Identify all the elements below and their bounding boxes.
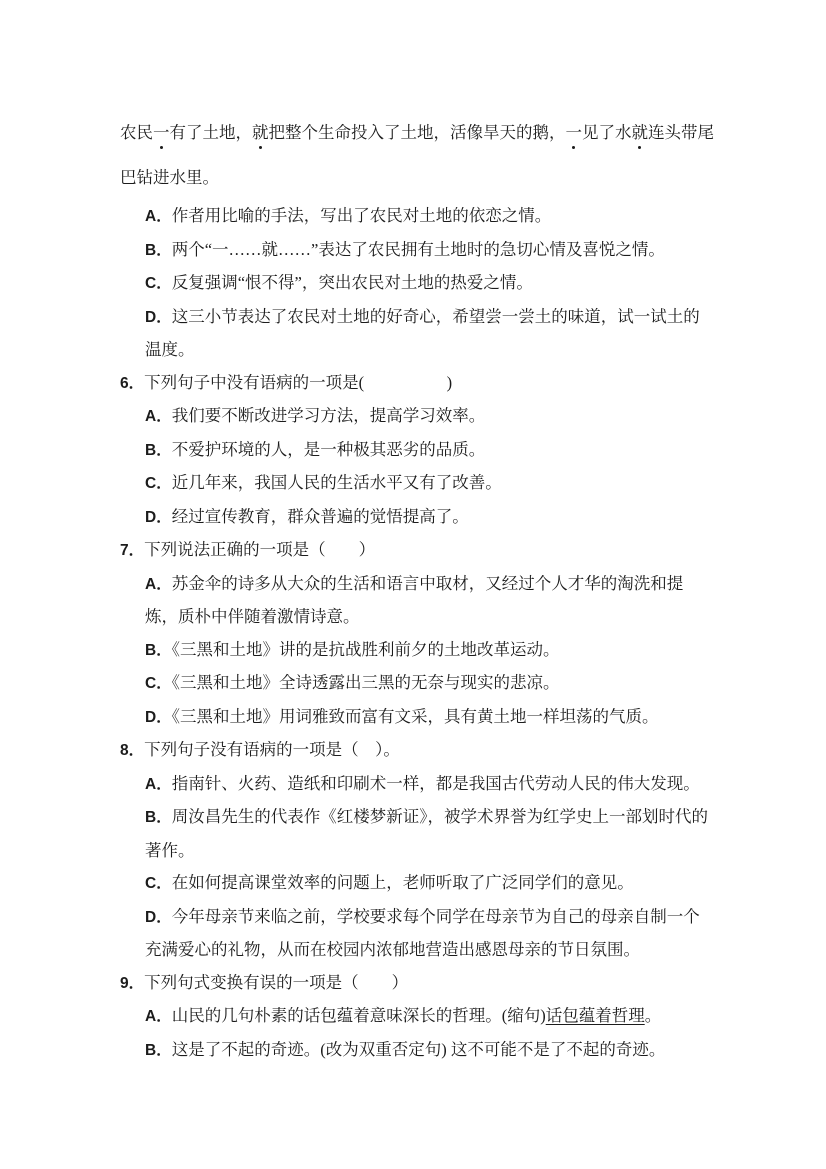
option-7d: D．《三黑和土地》用词雅致而富有文采，具有黄土地一样坦荡的气质。 bbox=[145, 701, 709, 735]
option-label: D． bbox=[145, 709, 172, 726]
question-number: 6． bbox=[120, 375, 144, 392]
stem-text: 下列句式变换有误的一项是（ ） bbox=[144, 973, 408, 992]
option-5c: C．反复强调“恨不得”，突出农民对土地的热爱之情。 bbox=[145, 267, 709, 301]
stem-text: 下列句子中没有语病的一项是( ) bbox=[144, 373, 452, 392]
stem-text: 下列说法正确的一项是（ ） bbox=[144, 540, 375, 559]
option-text: 在如何提高课堂效率的问题上，老师听取了广泛同学们的意见。 bbox=[172, 873, 634, 892]
option-7c: C．《三黑和土地》全诗透露出三黑的无奈与现实的悲凉。 bbox=[145, 667, 709, 701]
option-text: 山民的几句朴素的话包蕴着意味深长的哲理。(缩句) bbox=[172, 1006, 546, 1025]
passage-emphasized-char: 一 bbox=[566, 123, 583, 142]
option-text: 这三小节表达了农民对土地的好奇心，希望尝一尝土的味道，试一试土的温度。 bbox=[145, 307, 700, 360]
option-label: B． bbox=[145, 242, 172, 259]
passage-text: 见了水 bbox=[582, 123, 632, 142]
option-label: A． bbox=[145, 408, 172, 425]
option-label: C． bbox=[145, 875, 172, 892]
option-text: 不爱护环境的人，是一种极其恶劣的品质。 bbox=[172, 440, 486, 459]
option-text: 两个“一……就……”表达了农民拥有土地时的急切心情及喜悦之情。 bbox=[172, 240, 665, 259]
question-number: 8． bbox=[120, 742, 144, 759]
option-text: 今年母亲节来临之前，学校要求每个同学在母亲节为自己的母亲自制一个充满爱心的礼物，… bbox=[145, 907, 700, 960]
option-text: 反复强调“恨不得”，突出农民对土地的热爱之情。 bbox=[172, 273, 533, 292]
option-text: 作者用比喻的手法，写出了农民对土地的依恋之情。 bbox=[172, 206, 552, 225]
question-6-stem: 6．下列句子中没有语病的一项是( ) bbox=[120, 367, 718, 401]
option-label: A． bbox=[145, 576, 172, 593]
question-8-stem: 8．下列句子没有语病的一项是（ ）。 bbox=[120, 734, 718, 768]
option-9a: A．山民的几句朴素的话包蕴着意味深长的哲理。(缩句)话包蕴着哲理。 bbox=[145, 1000, 709, 1034]
option-text: 近几年来，我国人民的生活水平又有了改善。 bbox=[172, 473, 502, 492]
question-9-stem: 9．下列句式变换有误的一项是（ ） bbox=[120, 967, 718, 1001]
option-label: B． bbox=[145, 1042, 172, 1059]
option-7a: A．苏金伞的诗多从大众的生活和语言中取材，又经过个人才华的淘洗和提炼，质朴中伴随… bbox=[145, 568, 709, 634]
stem-text: 下列句子没有语病的一项是（ ）。 bbox=[144, 740, 400, 759]
question-number: 7． bbox=[120, 542, 144, 559]
passage-emphasized-char: 就 bbox=[632, 123, 649, 142]
option-label: A． bbox=[145, 208, 172, 225]
option-text: 。 bbox=[645, 1006, 662, 1025]
option-label: D． bbox=[145, 509, 172, 526]
option-8a: A．指南针、火药、造纸和印刷术一样，都是我国古代劳动人民的伟大发现。 bbox=[145, 768, 709, 802]
option-text: 苏金伞的诗多从大众的生活和语言中取材，又经过个人才华的淘洗和提炼，质朴中伴随着激… bbox=[145, 574, 683, 627]
option-label: A． bbox=[145, 1008, 172, 1025]
question-number: 9． bbox=[120, 975, 144, 992]
option-text: 《三黑和土地》讲的是抗战胜利前夕的土地改革运动。 bbox=[172, 640, 560, 659]
option-text: 这是了不起的奇迹。(改为双重否定句) 这不可能不是了不起的奇迹。 bbox=[172, 1040, 666, 1059]
option-6b: B．不爱护环境的人，是一种极其恶劣的品质。 bbox=[145, 434, 709, 468]
option-label: C． bbox=[145, 275, 172, 292]
option-6c: C．近几年来，我国人民的生活水平又有了改善。 bbox=[145, 467, 709, 501]
option-7b: B．《三黑和土地》讲的是抗战胜利前夕的土地改革运动。 bbox=[145, 634, 709, 668]
option-5b: B．两个“一……就……”表达了农民拥有土地时的急切心情及喜悦之情。 bbox=[145, 234, 709, 268]
option-text: 经过宣传教育，群众普遍的觉悟提高了。 bbox=[172, 507, 469, 526]
option-label: D． bbox=[145, 909, 172, 926]
question-7-stem: 7．下列说法正确的一项是（ ） bbox=[120, 534, 718, 568]
option-text: 指南针、火药、造纸和印刷术一样，都是我国古代劳动人民的伟大发现。 bbox=[172, 774, 700, 793]
option-8c: C．在如何提高课堂效率的问题上，老师听取了广泛同学们的意见。 bbox=[145, 867, 709, 901]
option-8d: D．今年母亲节来临之前，学校要求每个同学在母亲节为自己的母亲自制一个充满爱心的礼… bbox=[145, 901, 709, 967]
option-5d: D．这三小节表达了农民对土地的好奇心，希望尝一尝土的味道，试一试土的温度。 bbox=[145, 301, 709, 367]
passage: 农民一有了土地，就把整个生命投入了土地，活像旱天的鹅，一见了水就连头带尾巴钻进水… bbox=[120, 110, 718, 200]
passage-text: 有了土地， bbox=[170, 123, 253, 142]
option-label: D． bbox=[145, 309, 172, 326]
option-text: 我们要不断改进学习方法，提高学习效率。 bbox=[172, 406, 486, 425]
passage-text: 农民 bbox=[120, 123, 153, 142]
option-text: 《三黑和土地》用词雅致而富有文采，具有黄土地一样坦荡的气质。 bbox=[172, 707, 659, 726]
passage-emphasized-char: 就 bbox=[252, 123, 269, 142]
page-content: 农民一有了土地，就把整个生命投入了土地，活像旱天的鹅，一见了水就连头带尾巴钻进水… bbox=[120, 110, 722, 1067]
option-label: B． bbox=[145, 642, 172, 659]
option-6a: A．我们要不断改进学习方法，提高学习效率。 bbox=[145, 400, 709, 434]
document-page: 农民一有了土地，就把整个生命投入了土地，活像旱天的鹅，一见了水就连头带尾巴钻进水… bbox=[0, 0, 826, 1169]
option-text: 周汝昌先生的代表作《红楼梦新证》，被学术界誉为红学史上一部划时代的著作。 bbox=[145, 807, 708, 860]
option-underlined-answer: 话包蕴着哲理 bbox=[546, 1006, 645, 1025]
option-label: C． bbox=[145, 675, 172, 692]
passage-emphasized-char: 一 bbox=[153, 123, 170, 142]
option-text: 《三黑和土地》全诗透露出三黑的无奈与现实的悲凉。 bbox=[172, 673, 560, 692]
option-label: B． bbox=[145, 442, 172, 459]
option-9b: B．这是了不起的奇迹。(改为双重否定句) 这不可能不是了不起的奇迹。 bbox=[145, 1034, 709, 1068]
option-6d: D．经过宣传教育，群众普遍的觉悟提高了。 bbox=[145, 501, 709, 535]
passage-text: 把整个生命投入了土地，活像旱天的鹅， bbox=[269, 123, 566, 142]
option-5a: A．作者用比喻的手法，写出了农民对土地的依恋之情。 bbox=[145, 200, 709, 234]
option-label: B． bbox=[145, 809, 172, 826]
option-8b: B．周汝昌先生的代表作《红楼梦新证》，被学术界誉为红学史上一部划时代的著作。 bbox=[145, 801, 709, 867]
option-label: A． bbox=[145, 776, 172, 793]
option-label: C． bbox=[145, 475, 172, 492]
